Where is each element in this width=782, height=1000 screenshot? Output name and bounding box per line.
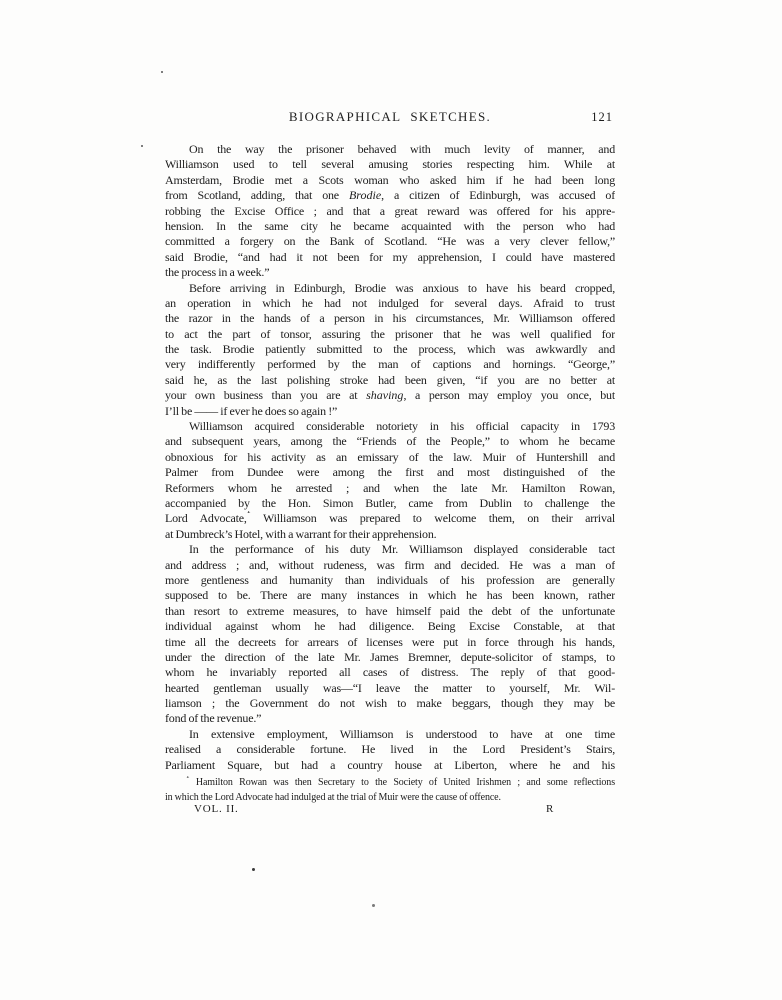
text-line: Before arriving in Edinburgh, Brodie was… [165, 281, 615, 296]
text-line: In extensive employment, Williamson is u… [165, 727, 615, 742]
text-line: Williamson used to tell several amusing … [165, 157, 615, 172]
text-line: the process in a week.” [165, 265, 615, 280]
text-line: robbing the Excise Office ; and that a g… [165, 204, 615, 219]
text-line: at Dumbreck’s Hotel, with a warrant for … [165, 527, 615, 542]
text-line: and address ; and, without rudeness, was… [165, 558, 615, 573]
scan-speck [252, 868, 255, 871]
text-line: Amsterdam, Brodie met a Scots woman who … [165, 173, 615, 188]
text-line: supposed to be. There are many instances… [165, 588, 615, 603]
text-line: the razor in the hands of a person in hi… [165, 311, 615, 326]
text-line: individual against whom he had diligence… [165, 619, 615, 634]
footnote: 1 Hamilton Rowan was then Secretary to t… [165, 776, 615, 805]
text-line: Williamson acquired considerable notorie… [165, 419, 615, 434]
text-line: 1 Hamilton Rowan was then Secretary to t… [165, 776, 615, 791]
text-line: to act the part of tonsor, assuring the … [165, 327, 615, 342]
text-line: Palmer from Dundee were among the first … [165, 465, 615, 480]
text-line: under the direction of the late Mr. Jame… [165, 650, 615, 665]
page-footer: VOL. II. R [165, 803, 615, 819]
text-line: Parliament Square, but had a country hou… [165, 758, 615, 773]
text-line: than resort to extreme measures, to have… [165, 604, 615, 619]
text-line: I’ll be —— if ever he does so again !” [165, 404, 615, 419]
text-line: an operation in which he had not indulge… [165, 296, 615, 311]
text-line: On the way the prisoner behaved with muc… [165, 142, 615, 157]
page-body: On the way the prisoner behaved with muc… [165, 142, 615, 773]
text-line: from Scotland, adding, that one Brodie, … [165, 188, 615, 203]
text-line: more gentleness and humanity than indivi… [165, 573, 615, 588]
text-line: time all the decreets for arrears of lic… [165, 635, 615, 650]
text-line: hearted gentleman usually was—“I leave t… [165, 681, 615, 696]
text-line: whom he invariably reported all cases of… [165, 665, 615, 680]
text-line: your own business than you are at shavin… [165, 388, 615, 403]
text-line: and subsequent years, among the “Friends… [165, 434, 615, 449]
text-line: realised a considerable fortune. He live… [165, 742, 615, 757]
text-line: hension. In the same city he became acqu… [165, 219, 615, 234]
text-line: In the performance of his duty Mr. Willi… [165, 542, 615, 557]
text-line: fond of the revenue.” [165, 711, 615, 726]
volume-label: VOL. II. [194, 803, 239, 815]
scan-speck [161, 71, 163, 73]
text-line: said he, as the last polishing stroke ha… [165, 373, 615, 388]
text-line: committed a forgery on the Bank of Scotl… [165, 234, 615, 249]
book-page: BIOGRAPHICAL SKETCHES. 121 On the way th… [0, 0, 782, 1000]
text-line: Lord Advocate,1 Williamson was prepared … [165, 511, 615, 526]
text-line: Reformers whom he arrested ; and when th… [165, 481, 615, 496]
scan-speck [372, 904, 375, 907]
running-title: BIOGRAPHICAL SKETCHES. [165, 109, 615, 125]
running-head: BIOGRAPHICAL SKETCHES. 121 [165, 109, 615, 127]
text-line: accompanied by the Hon. Simon Butler, ca… [165, 496, 615, 511]
text-line: said Brodie, “and had it not been for my… [165, 250, 615, 265]
text-line: obnoxious for his activity as an emissar… [165, 450, 615, 465]
text-line: the task. Brodie patiently submitted to … [165, 342, 615, 357]
scan-speck [141, 145, 143, 147]
signature-mark: R [546, 803, 554, 815]
text-line: liamson ; the Government do not wish to … [165, 696, 615, 711]
page-number: 121 [591, 110, 613, 125]
text-line: very indifferently performed by the man … [165, 357, 615, 372]
